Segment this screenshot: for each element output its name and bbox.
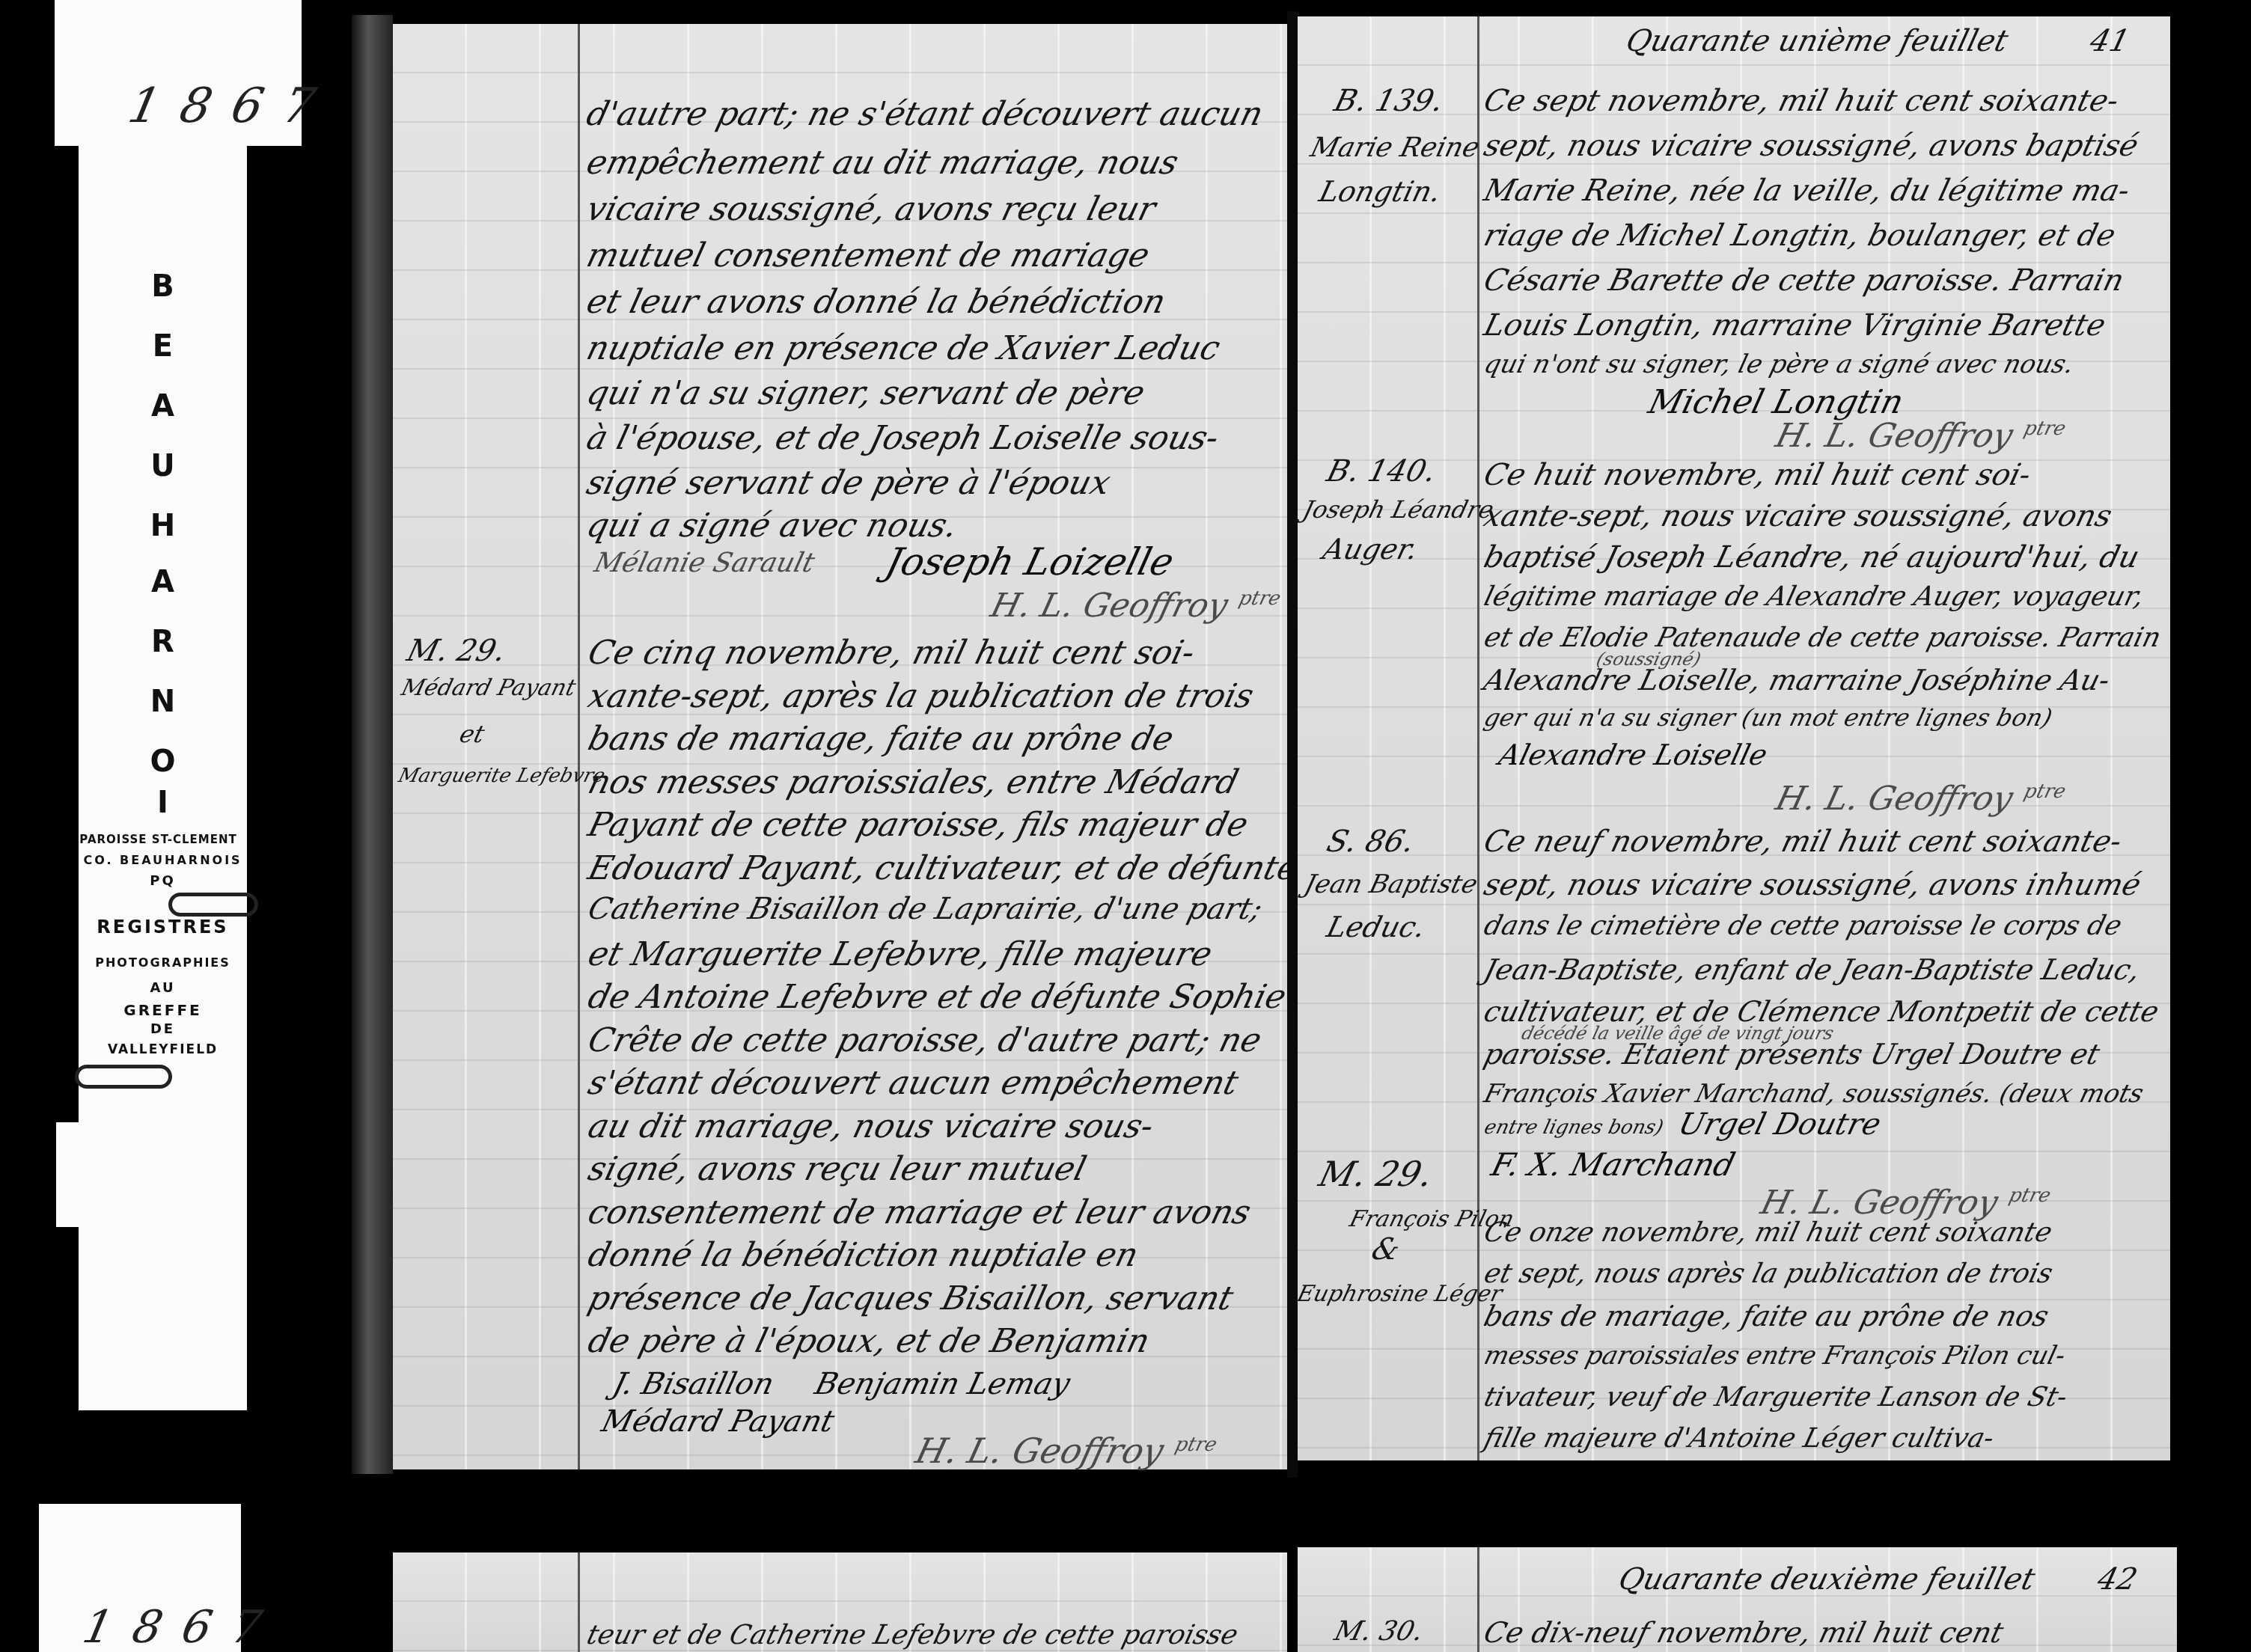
strip-letter: B	[79, 269, 247, 304]
folio-number: 42	[2094, 1562, 2140, 1597]
entry-line: et Marguerite Lefebvre, fille majeure	[584, 935, 1216, 973]
register-page-left: d'autre part; ne s'étant découvert aucun…	[393, 24, 1287, 1469]
entry-line: bans de mariage, faite au prône de nos	[1481, 1300, 2053, 1333]
entry-line: signé servant de père à l'époux	[583, 464, 1114, 502]
entry-line: mutuel consentement de mariage	[583, 236, 1154, 275]
next-page-right: Quarante deuxième feuillet 42 M. 30. Ce …	[1298, 1547, 2177, 1652]
entry-line: Ce sept novembre, mil huit cent soixante…	[1480, 84, 2122, 118]
strip-letter: U	[79, 449, 247, 483]
entry-line: François Xavier Marchand, soussignés. (d…	[1481, 1079, 2146, 1109]
signature: F. X. Marchand	[1488, 1146, 1739, 1183]
margin-name: Jean Baptiste	[1301, 869, 1481, 899]
entry-line: qui n'a su signer, servant de père	[583, 374, 1149, 412]
priest-suffix: ptre	[1236, 587, 1283, 610]
strip-letter: R	[79, 625, 247, 659]
entry-line: Edouard Payant, cultivateur, et de défun…	[584, 849, 1287, 887]
entry-line: d'autre part; ne s'étant découvert aucun	[583, 95, 1267, 133]
margin-name: Auger.	[1320, 533, 1422, 566]
entry-line: empêchement au dit mariage, nous	[583, 144, 1182, 182]
entry-line: à l'épouse, et de Joseph Loiselle sous-	[583, 419, 1223, 457]
priest-name: H. L. Geoffroy	[987, 587, 1232, 625]
margin-entry-code: B. 139.	[1331, 84, 1447, 118]
entry-line: vicaire soussigné, avons reçu leur	[583, 190, 1160, 228]
entry-line: qui a signé avec nous.	[583, 507, 962, 545]
entry-line: légitime mariage de Alexandre Auger, voy…	[1481, 581, 2147, 612]
entry-line: baptisé Joseph Léandre, né aujourd'hui, …	[1480, 540, 2142, 575]
margin-name: &	[1368, 1232, 1403, 1267]
margin-rule	[1477, 16, 1479, 1460]
margin-name: Euphrosine Léger	[1298, 1281, 1505, 1307]
priest-signature: H. L. Geoffroy ptre	[1757, 1184, 2053, 1222]
entry-line: fille majeure d'Antoine Léger cultiva-	[1481, 1423, 1997, 1454]
entry-line: Marie Reine, née la veille, du légitime …	[1480, 174, 2133, 208]
entry-line: tivateur, veuf de Marguerite Lanson de S…	[1481, 1382, 2071, 1413]
margin-name: Joseph Léandre	[1300, 495, 1497, 524]
year-label-bottom: 1867	[79, 1601, 288, 1652]
entry-line: Césarie Barette de cette paroisse. Parra…	[1480, 263, 2128, 298]
entry-line: et sept, nous après la publication de tr…	[1481, 1258, 2056, 1289]
margin-name: Marie Reine	[1307, 132, 1482, 163]
year-card-top: 1867	[55, 0, 302, 146]
entry-line: messes paroissiales entre François Pilon…	[1481, 1341, 2068, 1371]
entry-line: présence de Jacques Bisaillon, servant	[584, 1279, 1237, 1318]
priest-signature: H. L. Geoffroy ptre	[987, 587, 1283, 625]
strip-letter: H	[79, 509, 247, 543]
priest-suffix: ptre	[2021, 417, 2068, 440]
entry-line: de père à l'époux, et de Benjamin	[584, 1322, 1154, 1360]
label-au: AU	[79, 980, 247, 996]
entry-line: teur et de Catherine Lefebvre de cette p…	[584, 1620, 1241, 1651]
signature: Michel Longtin	[1645, 383, 1908, 421]
priest-name: H. L. Geoffroy	[1772, 417, 2017, 455]
entry-line: qui n'ont su signer, le père a signé ave…	[1481, 349, 2077, 379]
label-card-lower	[56, 1122, 180, 1227]
book-spine-left	[352, 15, 393, 1474]
register-page-right: Quarante unième feuillet 41 B. 139. Mari…	[1298, 16, 2170, 1460]
margin-name: Marguerite Lefebvre	[396, 765, 607, 787]
strip-letter: O	[79, 744, 247, 779]
margin-entry-code: S. 86.	[1323, 825, 1418, 859]
label-parish: PAROISSE ST-CLEMENT	[74, 833, 242, 846]
next-page-left: teur et de Catherine Lefebvre de cette p…	[393, 1552, 1287, 1652]
label-photographies: PHOTOGRAPHIES	[79, 955, 247, 970]
entry-line: et de Elodie Patenaude de cette paroisse…	[1481, 622, 2164, 653]
label-greffe: GREFFE	[79, 1001, 247, 1019]
priest-suffix: ptre	[2006, 1184, 2053, 1207]
margin-name: et	[456, 720, 487, 748]
year-card-bottom: 1867	[39, 1504, 241, 1652]
entry-line: Jean-Baptiste, enfant de Jean-Baptiste L…	[1481, 953, 2144, 986]
entry-line: de Antoine Lefebvre et de défunte Sophie	[584, 978, 1287, 1016]
entry-line: Ce neuf novembre, mil huit cent soixante…	[1480, 825, 2125, 859]
entry-line: et leur avons donné la bénédiction	[583, 283, 1170, 321]
strip-letter: A	[79, 565, 247, 599]
entry-line: sept, nous vicaire soussigné, avons inhu…	[1480, 868, 2144, 902]
entry-line: Ce huit novembre, mil huit cent soi-	[1480, 458, 2034, 492]
margin-entry-code: M. 29.	[403, 634, 509, 668]
entry-line: nuptiale en présence de Xavier Leduc	[583, 329, 1224, 367]
signature: Joseph Loizelle	[882, 540, 1179, 584]
entry-line: Ce dix-neuf novembre, mil huit cent	[1481, 1616, 2007, 1649]
folio-header: Quarante unième feuillet	[1622, 24, 2012, 58]
margin-name: Longtin.	[1316, 175, 1445, 208]
strip-letter: E	[79, 329, 247, 364]
paperclip-icon	[75, 1065, 172, 1089]
entry-line: Payant de cette paroisse, fils majeur de	[584, 806, 1252, 844]
signature: Urgel Doutre	[1675, 1107, 1884, 1142]
entry-line: xante-sept, après la publication de troi…	[584, 677, 1258, 715]
entry-line: signé, avons reçu leur mutuel	[584, 1150, 1090, 1188]
entry-line: s'étant découvert aucun empêchement	[584, 1064, 1242, 1102]
entry-line: bans de mariage, faite au prône de	[584, 720, 1178, 758]
label-province: PQ	[79, 873, 247, 889]
entry-line: ger qui n'a su signer (un mot entre lign…	[1481, 703, 2055, 732]
entry-line: entre lignes bons)	[1482, 1116, 1666, 1139]
entry-line: xante-sept, nous vicaire soussigné, avon…	[1480, 499, 2116, 533]
priest-signature: H. L. Geoffroy ptre	[1772, 417, 2068, 455]
label-de: DE	[79, 1021, 247, 1037]
entry-line: Alexandre Loiselle, marraine Joséphine A…	[1481, 664, 2114, 697]
priest-signature: H. L. Geoffroy ptre	[1772, 780, 2068, 818]
label-valleyfield: VALLEYFIELD	[79, 1042, 247, 1057]
entry-line: Catherine Bisaillon de Laprairie, d'une …	[584, 892, 1265, 926]
folio-number: 41	[2086, 24, 2133, 58]
entry-line: Crête de cette paroisse, d'autre part; n…	[584, 1021, 1265, 1059]
priest-name: H. L. Geoffroy	[1757, 1184, 2002, 1222]
entry-line: sept, nous vicaire soussigné, avons bapt…	[1480, 129, 2142, 163]
entry-line: donné la bénédiction nuptiale en	[584, 1236, 1143, 1274]
entry-line: riage de Michel Longtin, boulanger, et d…	[1480, 218, 2119, 253]
margin-name: Leduc.	[1324, 911, 1429, 943]
margin-rule	[1477, 1547, 1479, 1652]
entry-line: nos messes paroissiales, entre Médard	[584, 763, 1243, 801]
strip-letter: A	[79, 389, 247, 423]
margin-rule	[578, 1552, 580, 1652]
entry-line: Ce onze novembre, mil huit cent soixante	[1481, 1217, 2056, 1248]
margin-entry-code: M. 29.	[1315, 1154, 1437, 1194]
book-gutter	[1287, 11, 1298, 1478]
margin-rule	[578, 24, 580, 1469]
margin-entry-code: M. 30.	[1331, 1616, 1426, 1647]
folio-header: Quarante deuxième feuillet	[1615, 1562, 2038, 1597]
entry-line: Ce cinq novembre, mil huit cent soi-	[584, 634, 1199, 672]
entry-line: dans le cimetière de cette paroisse le c…	[1481, 911, 2125, 941]
signature: Alexandre Loiselle	[1496, 738, 1771, 771]
margin-entry-code: B. 140.	[1323, 454, 1439, 489]
entry-line: paroisse. Etaient présents Urgel Doutre …	[1481, 1038, 2104, 1071]
label-county: CO. BEAUHARNOIS	[79, 853, 247, 867]
priest-suffix: ptre	[2021, 780, 2068, 803]
margin-name: Médard Payant	[399, 675, 578, 701]
priest-name: H. L. Geoffroy	[1772, 780, 2017, 818]
entry-line: consentement de mariage et leur avons	[584, 1193, 1255, 1232]
strip-letter: I	[79, 786, 247, 820]
paperclip-icon	[168, 893, 258, 917]
signature: Mélanie Sarault	[591, 548, 818, 578]
year-label-top: 1867	[123, 79, 341, 134]
label-registres: REGISTRES	[79, 917, 247, 937]
entry-line: Louis Longtin, marraine Virginie Barette	[1480, 308, 2109, 343]
strip-letter: N	[79, 685, 247, 719]
entry-line: au dit mariage, nous vicaire sous-	[584, 1107, 1158, 1145]
